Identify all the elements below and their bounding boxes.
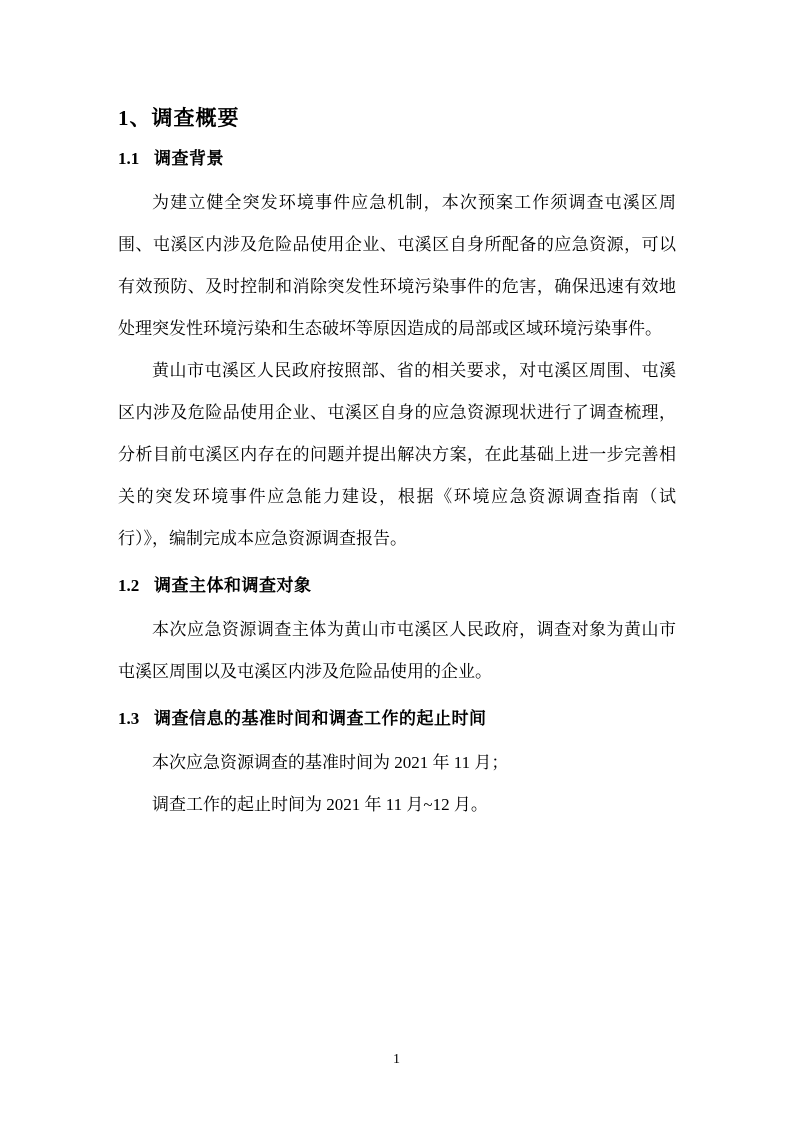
paragraph: 黄山市屯溪区人民政府按照部、省的相关要求，对屯溪区周围、屯溪区内涉及危险品使用企… [118, 350, 676, 560]
section-number: 1.3 [118, 709, 139, 728]
section-heading-1-1: 1.1 调查背景 [118, 148, 676, 170]
section-number: 1.1 [118, 149, 139, 168]
document-page: 1、调查概要 1.1 调查背景 为建立健全突发环境事件应急机制，本次预案工作须调… [0, 0, 793, 1122]
document-content: 1、调查概要 1.1 调查背景 为建立健全突发环境事件应急机制，本次预案工作须调… [118, 103, 676, 826]
paragraph: 为建立健全突发环境事件应急机制，本次预案工作须调查屯溪区周围、屯溪区内涉及危险品… [118, 182, 676, 350]
section-title: 调查信息的基准时间和调查工作的起止时间 [154, 709, 487, 728]
section-number: 1.2 [118, 576, 139, 595]
paragraph: 调查工作的起止时间为 2021 年 11 月~12 月。 [118, 784, 676, 826]
section-title: 调查主体和调查对象 [154, 576, 312, 595]
chapter-heading: 1、调查概要 [118, 103, 676, 133]
section-heading-1-2: 1.2 调查主体和调查对象 [118, 575, 676, 597]
section-title: 调查背景 [154, 149, 224, 168]
page-number: 1 [0, 1051, 793, 1069]
paragraph: 本次应急资源调查主体为黄山市屯溪区人民政府，调查对象为黄山市屯溪区周围以及屯溪区… [118, 609, 676, 693]
section-heading-1-3: 1.3 调查信息的基准时间和调查工作的起止时间 [118, 708, 676, 730]
paragraph: 本次应急资源调查的基准时间为 2021 年 11 月； [118, 742, 676, 784]
